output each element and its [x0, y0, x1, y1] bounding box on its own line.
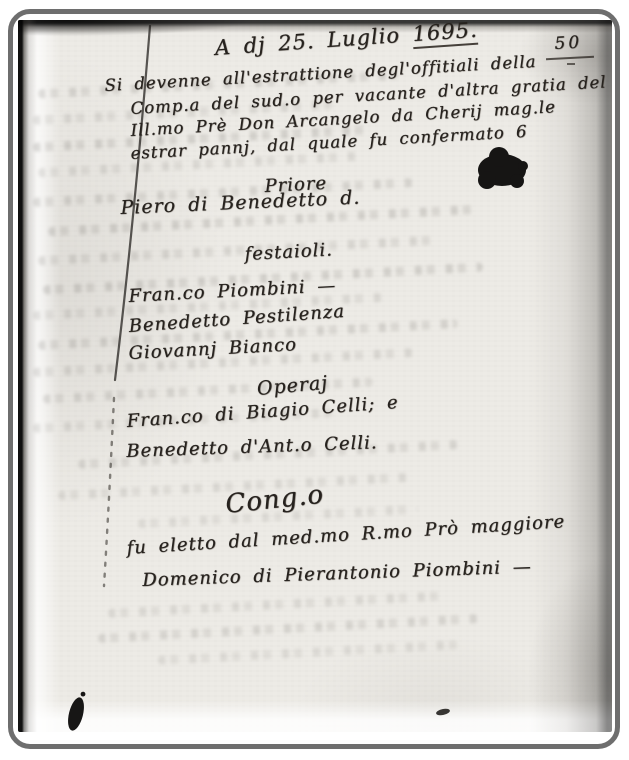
section-heading-operaj: Operaj: [256, 372, 329, 400]
bleedthrough-line: [38, 236, 438, 266]
bleedthrough-line: [98, 614, 478, 643]
ink-blot-bottom-left: [65, 690, 88, 732]
date-heading-text: A dj 25. Luglio: [214, 22, 413, 60]
manuscript-viewer: 50 A dj 25. Luglio 1695. Si devenne all'…: [0, 0, 629, 760]
folio-number: 50: [554, 33, 583, 54]
folio-tick: [567, 63, 575, 65]
ink-mark-bottom: [436, 708, 451, 717]
folio-underline: [546, 56, 594, 61]
date-heading: A dj 25. Luglio 1695.: [214, 20, 478, 60]
bleedthrough-line: [108, 591, 448, 618]
date-heading-year: 1695.: [412, 20, 479, 49]
bleedthrough-line: [158, 640, 458, 665]
section-heading-festaioli: festaioli.: [244, 239, 333, 265]
name-line: Benedetto d'Ant.o Celli.: [126, 432, 378, 462]
manuscript-scan: 50 A dj 25. Luglio 1695. Si devenne all'…: [18, 20, 612, 732]
name-line: Domenico di Pierantonio Piombini —: [142, 556, 532, 591]
ink-blot-large: [478, 147, 528, 189]
